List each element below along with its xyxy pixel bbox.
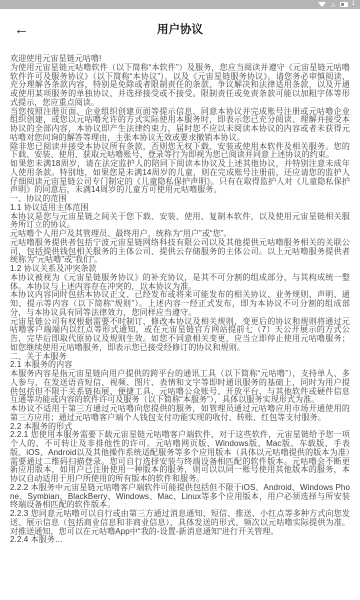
agreement-paragraph: 2.2.2 本服务中元宙星链元咕噜客户端软件可能提供包括但不限于iOS、Andr… [10, 484, 350, 510]
agreement-paragraph: 为使用元宙星链元咕噜软件（以下简称“本软件”）及服务，您应当阅读并遵守《元宙星链… [10, 64, 350, 108]
status-bar: 1 [0, 0, 360, 9]
agreement-paragraph: 2.2.4 本服务… [10, 536, 350, 545]
page-title: 用户协议 [0, 21, 360, 37]
back-arrow-icon: ← [14, 21, 29, 38]
agreement-paragraph: 本协议内容同时包括本协议正文、已经发布或将来可能发布的相关协议、业务规则、声明、… [10, 291, 350, 317]
agreement-paragraph: 本协议不适用于第三方通过元咕噜向您提供的服务，如管理员通过元咕噜应用市场开通使用… [10, 405, 350, 423]
status-bar-text: 1 [352, 0, 355, 9]
agreement-paragraph: 如果您未满18周岁，请在法定监护人的陪同下阅读本协议及上述其他协议，并特别注意未… [10, 160, 350, 195]
agreement-paragraph: 除非您已阅读并接受本协议所有条款，否则您无权下载、安装或使用本软件及相关服务。您… [10, 143, 350, 161]
agreement-paragraph: 元宙星链公司有权根据需要不时制订、修改本协议及相关规则，变更后的协议和规则将通过… [10, 318, 350, 353]
agreement-content[interactable]: 欢迎使用元宙星链元咕噜! 为使用元宙星链元咕噜软件（以下简称“本软件”）及服务，… [0, 49, 360, 600]
back-button[interactable]: ← [6, 9, 37, 49]
agreement-paragraph: 本服务内容是指元宙星链向用户提供的跨平台的通讯工具（以下简称“元咕噜”），支持单… [10, 370, 350, 405]
battery-icon [340, 2, 348, 7]
wifi-icon [318, 2, 326, 7]
agreement-paragraph: 元咕噜服务提供者包括宁波元宙星链网络科技有限公司以及其他提供元咕噜服务相关的关联… [10, 239, 350, 265]
header: ← 用户协议 [0, 9, 360, 49]
signal-icon [330, 2, 336, 7]
agreement-paragraph: 2.2.3 您同意元咕噜可以自行或由第三方通过消息通知、短信、推送、小红点等多种… [10, 510, 350, 536]
agreement-paragraph: 本协议是您与元宙星链之间关于您下载、安装、使用、复制本软件，以及使用元宙星链相关… [10, 213, 350, 231]
agreement-paragraph: 当您按照注册页面、企业组织创建页面等提示信息、同意本协议并完成账号注册或元咕噜企… [10, 108, 350, 143]
agreement-paragraph: 2.2.1 您使用本服务需要下载元宙星链元咕噜客户端软件，对于这些软件，元宙星链… [10, 431, 350, 484]
agreement-paragraph: 本协议被视为《元宙星链服务协议》的补充协议，是其不可分割的组成部分，与其构成统一… [10, 274, 350, 292]
